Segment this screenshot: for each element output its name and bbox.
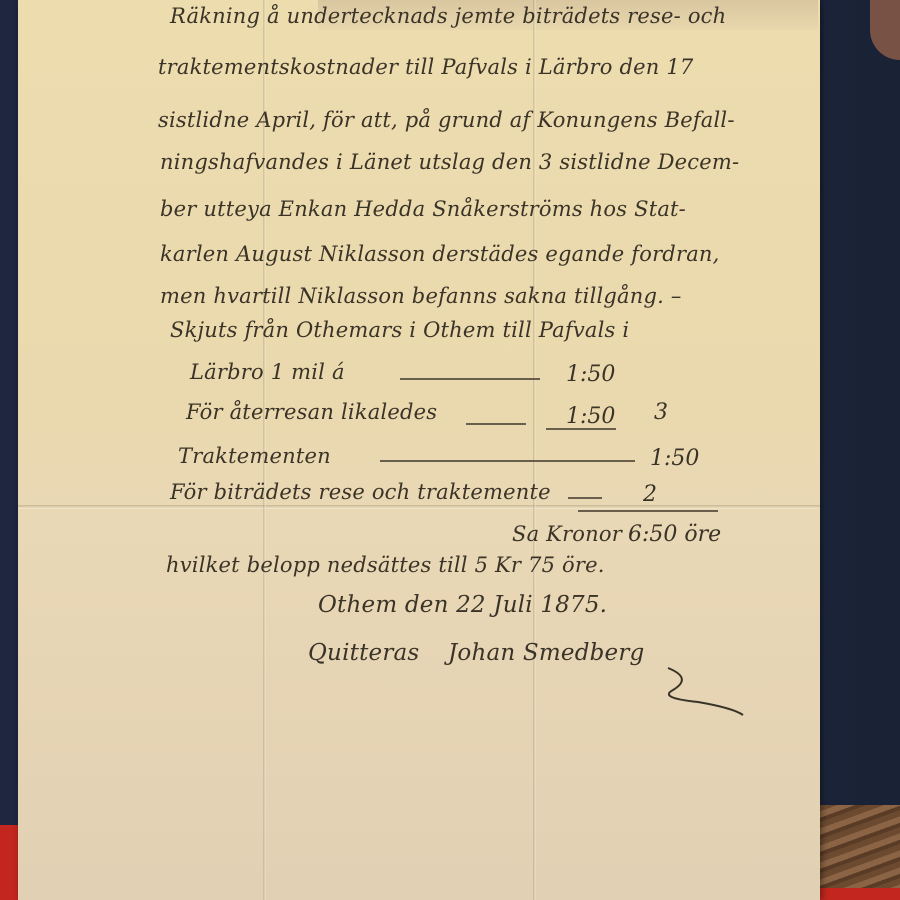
body-line-3: sistlidne April, för att, på grund af Ko… xyxy=(158,108,735,132)
signature-flourish xyxy=(638,660,758,720)
body-line-4: ningshafvandes i Länet utslag den 3 sist… xyxy=(160,150,739,174)
item-2-amount: 1:50 xyxy=(566,404,615,429)
margin-note: 3 xyxy=(654,400,668,425)
item-1-label-line2: Lärbro 1 mil á xyxy=(190,360,345,384)
body-line-1: Räkning å undertecknads jemte biträdets … xyxy=(170,4,726,28)
total-label: Sa Kronor xyxy=(512,522,622,546)
item-1-label-line1: Skjuts från Othemars i Othem till Pafval… xyxy=(170,318,629,342)
item-2-label: För återresan likaledes xyxy=(186,400,437,424)
item-3-label: Traktementen xyxy=(178,444,331,468)
fold-line-horizontal xyxy=(18,505,820,509)
leader-line xyxy=(568,497,602,499)
leader-line xyxy=(380,460,635,462)
receipt-label: Quitteras xyxy=(308,640,419,666)
document-paper: Räkning å undertecknads jemte biträdets … xyxy=(18,0,820,900)
total-amount: 6:50 öre xyxy=(628,522,721,547)
item-3-amount: 1:50 xyxy=(650,446,699,471)
reduction-note: hvilket belopp nedsättes till 5 Kr 75 ör… xyxy=(166,553,605,577)
background-wood-table xyxy=(820,805,900,900)
leader-line xyxy=(466,423,526,425)
body-line-5: ber utteya Enkan Hedda Snåkerströms hos … xyxy=(160,197,686,221)
signature: Johan Smedberg xyxy=(448,640,644,666)
place-date: Othem den 22 Juli 1875. xyxy=(318,592,607,618)
sum-rule xyxy=(578,510,718,512)
item-4-amount: 2 xyxy=(643,482,657,507)
red-fabric-bottom xyxy=(820,888,900,900)
body-line-7: men hvartill Niklasson befanns sakna til… xyxy=(160,284,682,308)
item-1-amount: 1:50 xyxy=(566,362,615,387)
leader-line xyxy=(400,378,540,380)
body-line-6: karlen August Niklasson derstädes egande… xyxy=(160,242,720,266)
fold-line-vertical-right xyxy=(533,0,536,900)
underline xyxy=(546,428,616,430)
item-4-label: För biträdets rese och traktemente xyxy=(170,480,551,504)
body-line-2: traktementskostnader till Pafvals i Lärb… xyxy=(158,55,693,79)
